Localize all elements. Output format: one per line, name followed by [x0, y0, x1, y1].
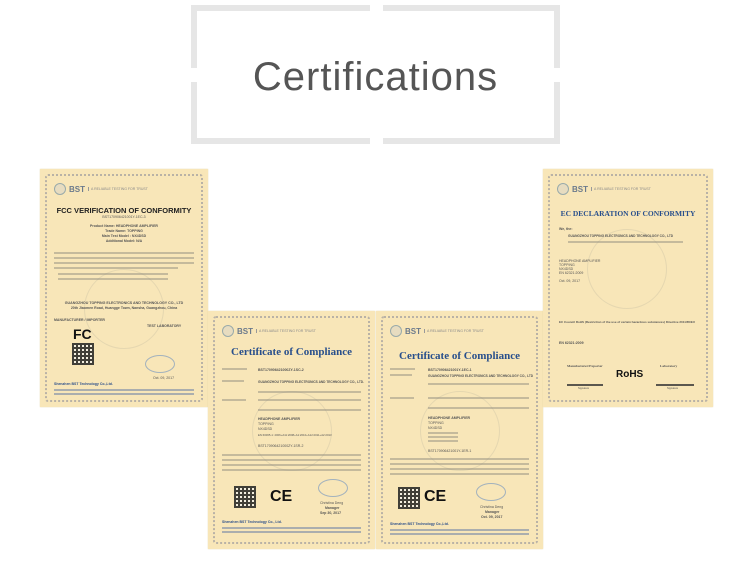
text-line	[568, 241, 683, 243]
stamp-seal-icon	[476, 483, 506, 501]
cert-date: Sep 30, 2017	[320, 511, 341, 515]
bst-logo-text: BST	[69, 185, 85, 194]
product-name: Product Name: HEADPHONE AMPLIFIER	[40, 224, 208, 228]
date-of-report: Oct. 09, 2017	[559, 279, 580, 283]
text-line	[54, 389, 194, 391]
applicant: GUANGZHOU TOPPING ELECTRONICS AND TECHNO…	[258, 380, 364, 384]
bst-slogan: A RELIABLE TESTING FOR TRUST	[424, 329, 484, 333]
qr-code-icon	[234, 486, 256, 508]
qr-code-icon	[398, 487, 420, 509]
frame-top-right	[383, 5, 560, 11]
text-line	[390, 463, 529, 465]
signature-line	[656, 384, 694, 386]
bst-logo-icon	[390, 325, 402, 337]
qr-code-icon	[72, 343, 94, 365]
standard: EN 62321:2009	[559, 271, 583, 275]
rohs-declaration: BST A RELIABLE TESTING FOR TRUST EC DECL…	[543, 169, 713, 407]
text-line	[390, 458, 529, 460]
text-line	[390, 533, 529, 535]
bst-logo-text: BST	[237, 327, 253, 336]
cert-date: Oct. 09, 2017	[153, 376, 174, 380]
emc-certificate: BST A RELIABLE TESTING FOR TRUST Certifi…	[376, 311, 543, 549]
fcc-certificate: BST A RELIABLE TESTING FOR TRUST FCC VER…	[40, 169, 208, 407]
text-line	[222, 527, 361, 529]
text-line	[428, 436, 458, 438]
test-model: NX4DSD	[258, 427, 272, 431]
bst-logo-text: BST	[572, 185, 588, 194]
text-line	[428, 383, 529, 385]
issuer: Shenzhen BST Technology Co.,Ltd.	[54, 382, 113, 386]
address: 20th Jiaomen Road, Huangge Town, Nansha,…	[40, 306, 208, 310]
signer-role: Manager	[485, 510, 499, 514]
test-standard: EN 60065-1: 2006+A11:2008+A1:2010+A12:20…	[258, 433, 332, 437]
text-line	[222, 469, 361, 471]
rohs-mark: RoHS	[616, 369, 643, 380]
additional-model: Additional Model: N/A	[40, 239, 208, 243]
product-name: HEADPHONE AMPLIFIER	[258, 417, 300, 421]
certificate-number: BST170906421000ZY-1SC-2	[258, 368, 304, 372]
directive: EC Council RoHS (Restriction of the use …	[559, 320, 699, 324]
test-model: Main Test Model : NX4DSD	[40, 234, 208, 238]
text-line	[58, 278, 168, 280]
stamp-seal-icon	[145, 355, 175, 373]
cert-number: BST170906421001Y-1EC-3	[40, 215, 208, 219]
bst-logo-icon	[222, 325, 234, 337]
text-line	[222, 454, 361, 456]
applicable-standard: EN 62321:2009	[559, 341, 584, 345]
fcc-mark: FC	[73, 326, 92, 342]
label-line	[390, 374, 412, 376]
applicant: GUANGZHOU TOPPING ELECTRONICS AND TECHNO…	[428, 374, 533, 378]
text-line	[428, 440, 458, 442]
test-model: NX4DSD	[428, 426, 442, 430]
text-line	[222, 464, 361, 466]
text-line	[258, 391, 361, 393]
signer-name: Christina Deng	[480, 505, 503, 509]
text-line	[390, 529, 529, 531]
ce-mark: CE	[270, 488, 292, 506]
frame-bottom-left	[191, 138, 370, 144]
cert-header: BST A RELIABLE TESTING FOR TRUST	[222, 325, 316, 337]
text-line	[54, 262, 194, 264]
trade-name: TOPPING	[258, 422, 274, 426]
manufacturer-exporter-label: Manufacturer/Exporter	[567, 364, 603, 368]
text-line	[54, 252, 194, 254]
label-line	[390, 397, 414, 399]
product-name: HEADPHONE AMPLIFIER	[428, 416, 470, 420]
bst-slogan: A RELIABLE TESTING FOR TRUST	[88, 187, 148, 191]
ce-mark: CE	[424, 488, 446, 506]
bst-slogan: A RELIABLE TESTING FOR TRUST	[256, 329, 316, 333]
label-line	[222, 380, 244, 382]
signer-name: Christina Deng	[320, 501, 343, 505]
frame-bottom-right	[383, 138, 560, 144]
text-line	[390, 473, 529, 475]
test-report-number: BST170906421001Y-1ER-1	[428, 449, 471, 453]
text-line	[222, 459, 361, 461]
text-line	[222, 531, 361, 533]
test-report-number: BST170906421000ZY-1SR-2	[258, 444, 303, 448]
text-line	[390, 468, 529, 470]
text-line	[428, 397, 529, 399]
text-line	[258, 399, 361, 401]
label-line	[222, 368, 247, 370]
text-line	[54, 257, 194, 259]
cert-title: Certificate of Compliance	[208, 346, 375, 358]
manufacturer: GUANGZHOU TOPPING ELECTRONICS AND TECHNO…	[40, 301, 208, 305]
frame-top-left	[191, 5, 370, 11]
manufacturer-label: MANUFACTURER / IMPORTER	[54, 318, 105, 322]
page-title: Certifications	[191, 55, 560, 100]
bst-logo-icon	[54, 183, 66, 195]
signature-label: Signature	[578, 387, 589, 390]
bst-slogan: A RELIABLE TESTING FOR TRUST	[591, 187, 651, 191]
text-line	[428, 407, 529, 409]
company-name: GUANGZHOU TOPPING ELECTRONICS AND TECHNO…	[568, 234, 673, 238]
signature-label: Signature	[667, 387, 678, 390]
text-line	[58, 273, 168, 275]
cert-title: FCC VERIFICATION OF CONFORMITY	[40, 206, 208, 215]
cert-header: BST A RELIABLE TESTING FOR TRUST	[390, 325, 484, 337]
bst-logo-text: BST	[405, 327, 421, 336]
trade-name: TOPPING	[428, 421, 444, 425]
label-line	[222, 399, 246, 401]
certificate-number: BST170906421001Y-1EC-1	[428, 368, 472, 372]
signer-role: Manager	[325, 506, 339, 510]
text-line	[54, 393, 194, 395]
trade-name: Trade Name: TOPPING	[40, 229, 208, 233]
laboratory-label: Laboratory	[660, 364, 677, 368]
signature-line	[567, 384, 603, 386]
bst-logo-icon	[557, 183, 569, 195]
text-line	[258, 409, 361, 411]
text-line	[54, 267, 178, 269]
issuer: Shenzhen BST Technology Co., Ltd.	[222, 520, 282, 524]
lab-label: TEST LABORATORY	[147, 324, 181, 328]
label-line	[390, 368, 415, 370]
cert-header: BST A RELIABLE TESTING FOR TRUST	[54, 183, 148, 195]
cert-date: Oct. 09, 2017	[481, 515, 502, 519]
lvd-certificate: BST A RELIABLE TESTING FOR TRUST Certifi…	[208, 311, 375, 549]
cert-header: BST A RELIABLE TESTING FOR TRUST	[557, 183, 651, 195]
stamp-seal-icon	[318, 479, 348, 497]
we-the-label: We, the:	[559, 227, 573, 231]
section-title-frame: Certifications	[191, 5, 560, 144]
text-line	[428, 432, 458, 434]
issuer: Shenzhen BST Technology Co.,Ltd.	[390, 522, 449, 526]
cert-title: EC DECLARATION OF CONFORMITY	[543, 209, 713, 218]
cert-title: Certificate of Compliance	[376, 350, 543, 362]
